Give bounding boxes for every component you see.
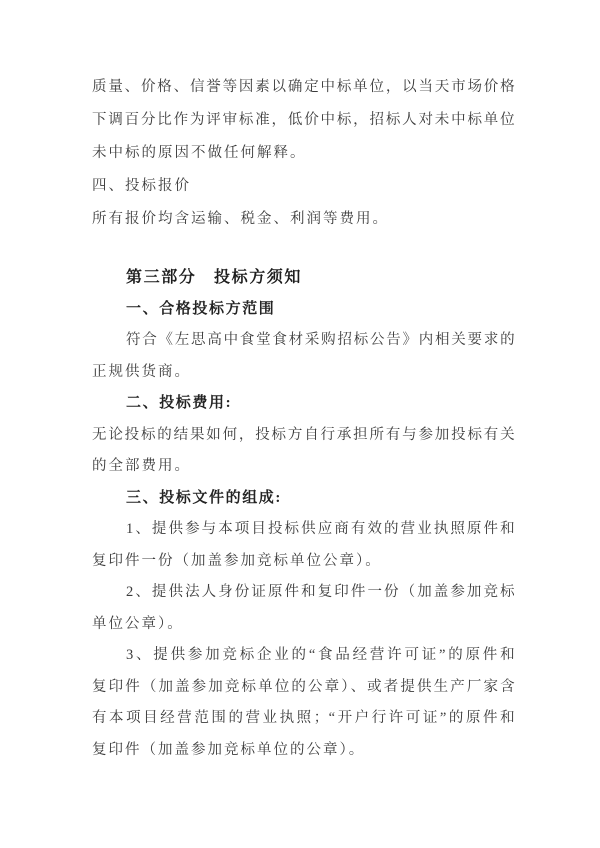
paragraph-line: 的全部费用。 [92,451,515,483]
list-item-line: 单位公章）。 [92,609,515,641]
paragraph-line: 正规供货商。 [92,357,515,389]
list-item-line: 复印件一份（加盖参加竞标单位公章）。 [92,546,515,578]
paragraph-line: 下调百分比作为评审标准，低价中标，招标人对未中标单位 [92,104,515,137]
paragraph-line: 质量、价格、信誉等因素以确定中标单位，以当天市场价格 [92,71,515,104]
document-page: 质量、价格、信誉等因素以确定中标单位，以当天市场价格 下调百分比作为评审标准，低… [0,0,600,848]
item4-heading: 四、投标报价 [92,170,515,203]
list-item-line: 复印件（加盖参加竞标单位的公章）。 [92,735,515,767]
paragraph-line: 未中标的原因不做任何解释。 [92,137,515,170]
list-item-line: 1、提供参与本项目投标供应商有效的营业执照原件和 [92,514,515,546]
list-item-line: 复印件（加盖参加竞标单位的公章）、或者提供生产厂家含 [92,672,515,704]
section2-heading: 二、投标费用: [92,388,515,420]
list-item-line: 3、提供参加竞标企业的“食品经营许可证”的原件和 [92,640,515,672]
list-item-line: 有本项目经营范围的营业执照；“开户行许可证”的原件和 [92,703,515,735]
section3-heading: 三、投标文件的组成: [92,483,515,515]
item4-body: 所有报价均含运输、税金、利润等费用。 [92,203,515,236]
paragraph-line: 无论投标的结果如何，投标方自行承担所有与参加投标有关 [92,420,515,452]
list-item-line: 2、提供法人身份证原件和复印件一份（加盖参加竞标 [92,577,515,609]
section1-heading: 一、合格投标方范围 [92,294,515,326]
page-content: 质量、价格、信誉等因素以确定中标单位，以当天市场价格 下调百分比作为评审标准，低… [92,71,515,766]
paragraph-line: 符合《左思高中食堂食材采购招标公告》内相关要求的 [92,325,515,357]
section-gap [92,236,515,262]
part3-section: 第三部分 投标方须知 一、合格投标方范围 符合《左思高中食堂食材采购招标公告》内… [92,262,515,766]
part3-title: 第三部分 投标方须知 [92,262,515,294]
